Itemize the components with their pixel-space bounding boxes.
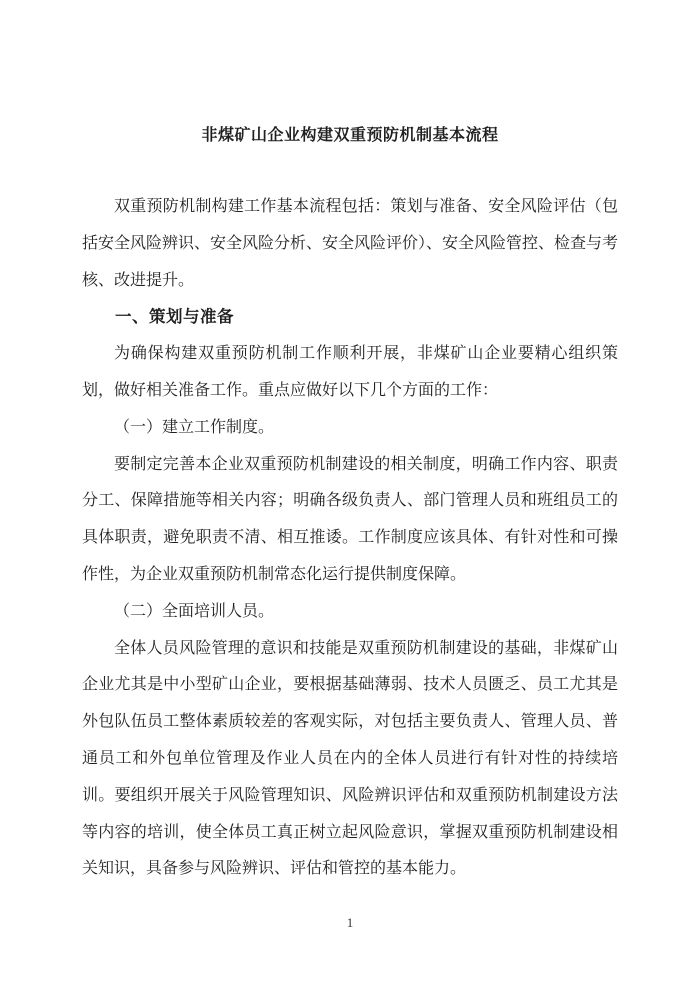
document-content: 非煤矿山企业构建双重预防机制基本流程 双重预防机制构建工作基本流程包括：策划与准… (82, 118, 618, 888)
work-system-paragraph: 要制定完善本企业双重预防机制建设的相关制度，明确工作内容、职责分工、保障措施等相… (82, 447, 618, 594)
document-title: 非煤矿山企业构建双重预防机制基本流程 (82, 118, 618, 154)
section-heading-planning: 一、策划与准备 (82, 299, 618, 336)
document-page: 非煤矿山企业构建双重预防机制基本流程 双重预防机制构建工作基本流程包括：策划与准… (0, 0, 700, 990)
page-footer: 1 (0, 914, 700, 932)
subsection-heading-training: （二）全面培训人员。 (82, 594, 618, 631)
training-paragraph: 全体人员风险管理的意识和技能是双重预防机制建设的基础，非煤矿山企业尤其是中小型矿… (82, 631, 618, 889)
planning-overview-paragraph: 为确保构建双重预防机制工作顺利开展，非煤矿山企业要精心组织策划，做好相关准备工作… (82, 336, 618, 410)
intro-paragraph: 双重预防机制构建工作基本流程包括：策划与准备、安全风险评估（包括安全风险辨识、安… (82, 189, 618, 299)
subsection-heading-work-system: （一）建立工作制度。 (82, 410, 618, 447)
page-number: 1 (347, 915, 354, 930)
